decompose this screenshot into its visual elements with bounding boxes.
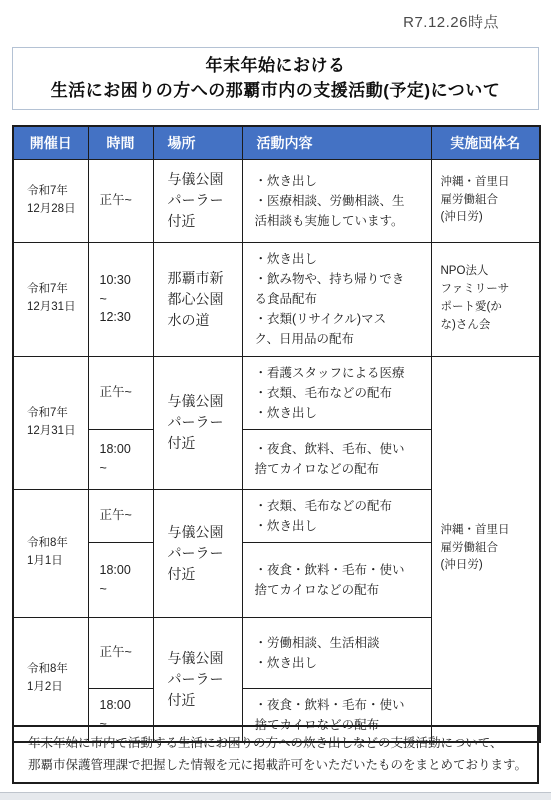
cell-activities: ・炊き出し ・医療相談、労働相談、生 活相談も実施しています。: [242, 159, 431, 242]
cell-activities: ・炊き出し ・飲み物や、持ち帰りでき る食品配布 ・衣類(リサイクル)マス ク、…: [242, 242, 431, 356]
title-box: 年末年始における 生活にお困りの方への那覇市内の支援活動(予定)について: [12, 47, 539, 110]
table-header-row: 開催日 時間 場所 活動内容 実施団体名: [13, 126, 540, 159]
cell-date: 令和8年 1月2日: [13, 617, 88, 742]
cell-activities: ・看護スタッフによる医療 ・衣類、毛布などの配布 ・炊き出し: [242, 356, 431, 429]
cell-place: 与儀公園 パーラー 付近: [153, 356, 242, 489]
col-header-organizer: 実施団体名: [431, 126, 540, 159]
cell-activities: ・労働相談、生活相談 ・炊き出し: [242, 617, 431, 688]
cell-date: 令和7年 12月31日: [13, 356, 88, 489]
col-header-date: 開催日: [13, 126, 88, 159]
col-header-activities: 活動内容: [242, 126, 431, 159]
support-schedule-table: 開催日 時間 場所 活動内容 実施団体名 令和7年 12月28日 正午~ 与儀公…: [12, 125, 541, 743]
cell-time: 正午~: [88, 356, 153, 429]
cell-time: 18:00 ~: [88, 542, 153, 617]
col-header-time: 時間: [88, 126, 153, 159]
cell-activities: ・夜食、飲料、毛布、使い 捨てカイロなどの配布: [242, 429, 431, 489]
cell-time: 正午~: [88, 489, 153, 542]
cell-place: 与儀公園 パーラー 付近: [153, 159, 242, 242]
cell-place: 那覇市新 都心公園 水の道: [153, 242, 242, 356]
page-title-line1: 年末年始における: [13, 54, 538, 79]
cell-time: 正午~: [88, 159, 153, 242]
page-bottom-strip: [0, 792, 551, 800]
footer-note-line1: 年末年始に市内で活動する生活にお困りの方への炊き出しなどの支援活動について、: [28, 733, 529, 755]
cell-activities: ・衣類、毛布などの配布 ・炊き出し: [242, 489, 431, 542]
cell-time: 18:00 ~: [88, 429, 153, 489]
cell-place: 与儀公園 パーラー 付近: [153, 617, 242, 742]
cell-date: 令和7年 12月31日: [13, 242, 88, 356]
table-row: 令和7年 12月31日 正午~ 与儀公園 パーラー 付近 ・看護スタッフによる医…: [13, 356, 540, 429]
cell-organizer: NPO法人 ファミリーサ ポート愛(か な)さん会: [431, 242, 540, 356]
cell-activities: ・夜食・飲料・毛布・使い 捨てカイロなどの配布: [242, 542, 431, 617]
cell-time: 10:30 ~ 12:30: [88, 242, 153, 356]
footer-note-box: 年末年始に市内で活動する生活にお困りの方への炊き出しなどの支援活動について、 那…: [12, 725, 539, 784]
table-row: 令和7年 12月31日 10:30 ~ 12:30 那覇市新 都心公園 水の道 …: [13, 242, 540, 356]
cell-time: 正午~: [88, 617, 153, 688]
page-title-line2: 生活にお困りの方への那覇市内の支援活動(予定)について: [13, 79, 538, 104]
cell-date: 令和8年 1月1日: [13, 489, 88, 617]
table-row: 令和7年 12月28日 正午~ 与儀公園 パーラー 付近 ・炊き出し ・医療相談…: [13, 159, 540, 242]
cell-place: 与儀公園 パーラー 付近: [153, 489, 242, 617]
cell-organizer: 沖縄・首里日 雇労働組合 (沖日労): [431, 356, 540, 742]
col-header-place: 場所: [153, 126, 242, 159]
cell-date: 令和7年 12月28日: [13, 159, 88, 242]
cell-organizer: 沖縄・首里日 雇労働組合 (沖日労): [431, 159, 540, 242]
as-of-timestamp: R7.12.26時点: [403, 11, 499, 32]
footer-note-line2: 那覇市保護管理課で把握した情報を元に掲載許可をいただいたものをまとめております。: [28, 755, 529, 777]
